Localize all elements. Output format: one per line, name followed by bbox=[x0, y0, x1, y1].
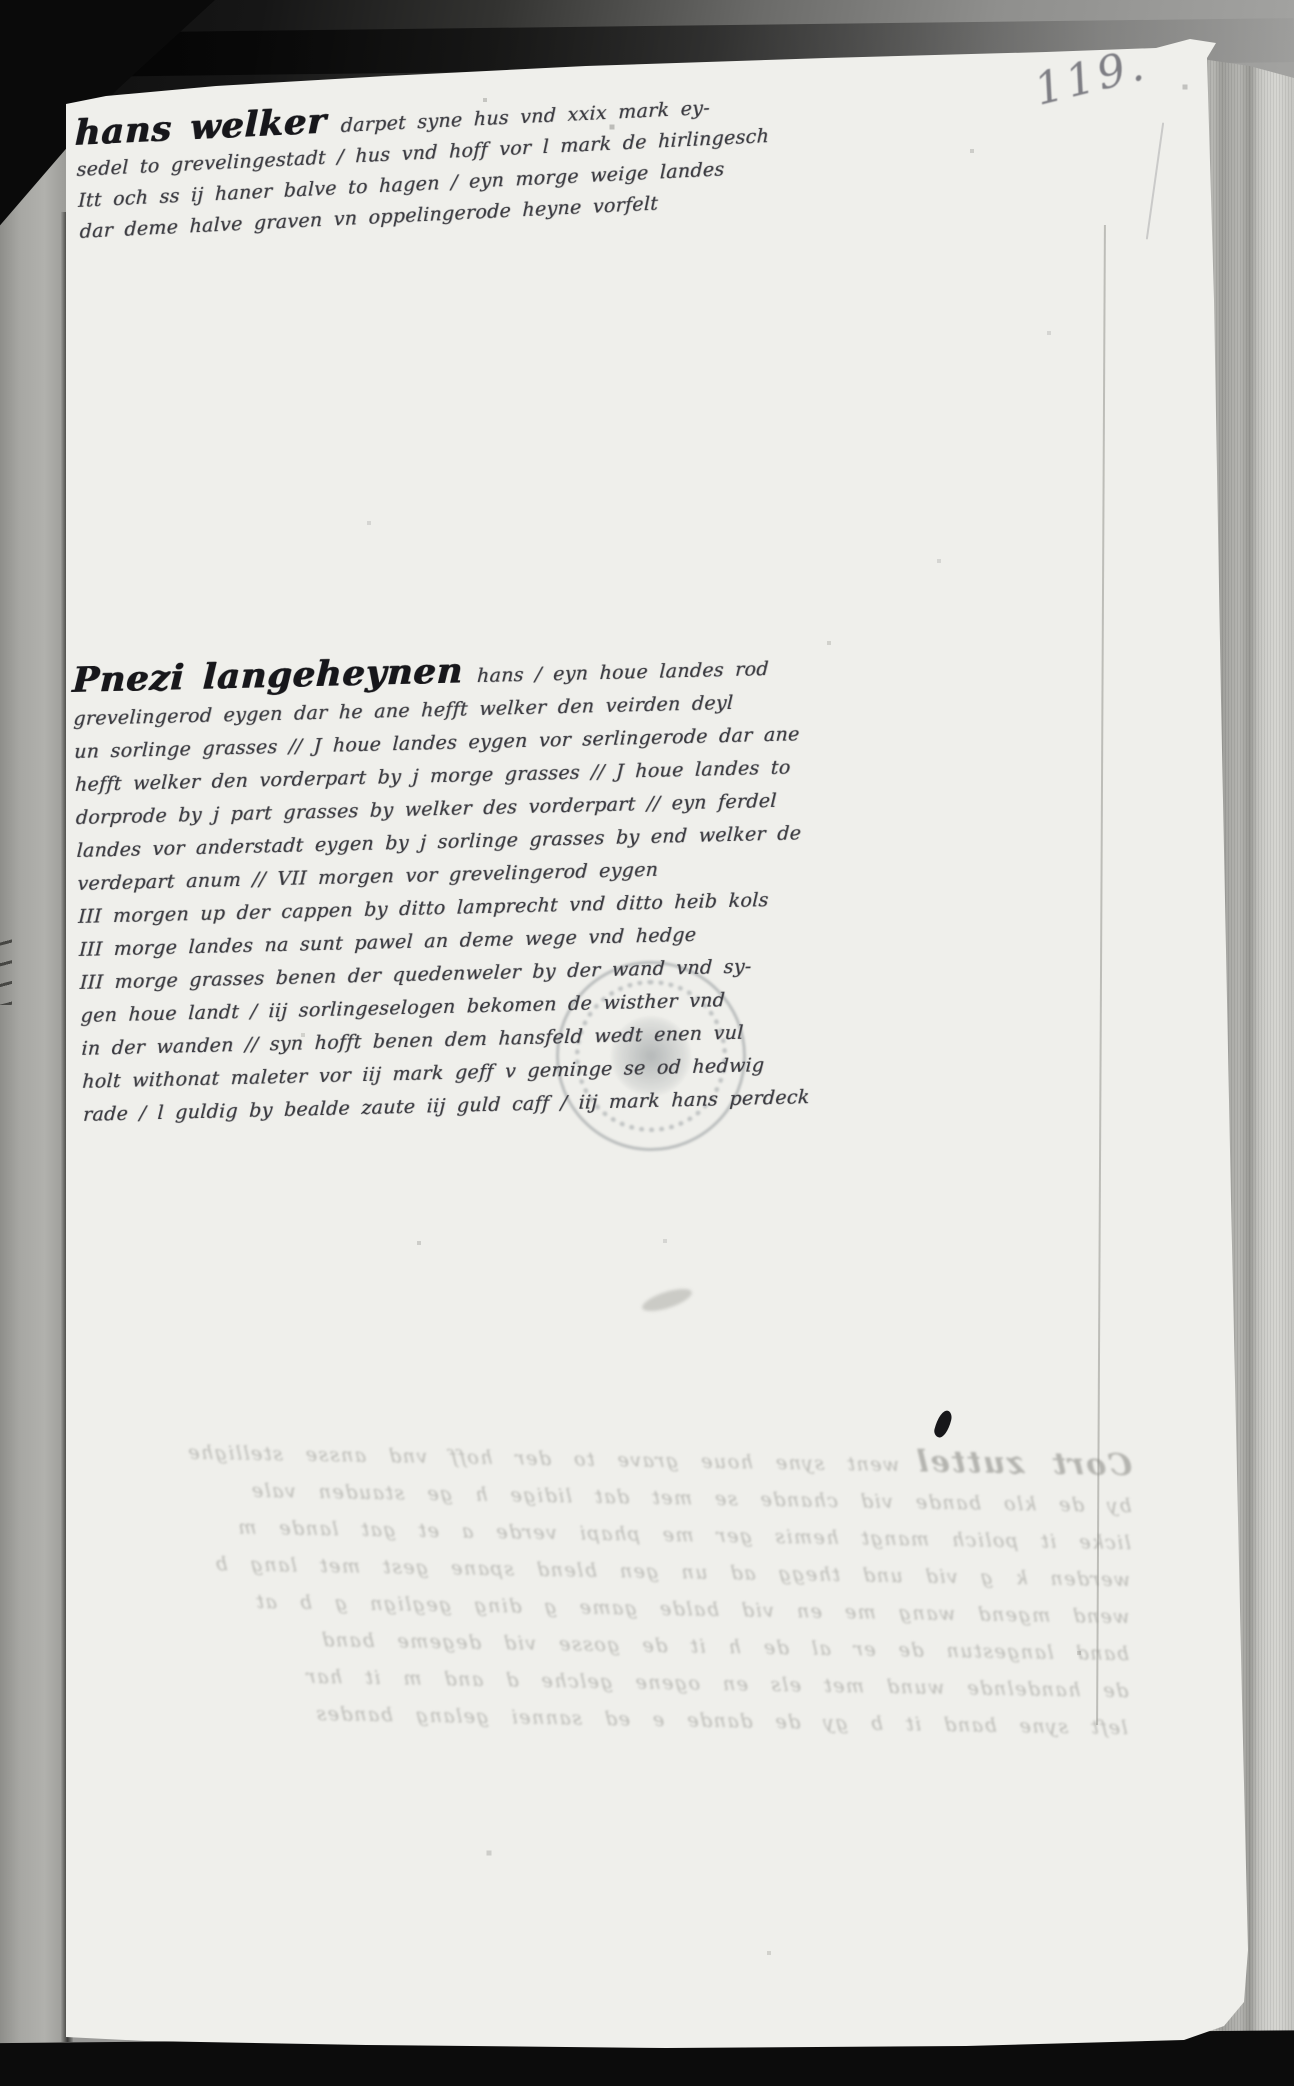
entry-pnezi-langeheynen: Pnezi langeheynenhans / eyn houe landes … bbox=[72, 646, 810, 1132]
ink-blot bbox=[933, 1409, 953, 1440]
manuscript-photo: 119. hans welkerdarpet syne hus vnd xxix… bbox=[0, 0, 1294, 2086]
entry-hans-welker: hans welkerdarpet syne hus vnd xxix mark… bbox=[74, 84, 773, 248]
pencil-stray-stroke bbox=[1146, 122, 1164, 239]
entry-text: hans / eyn houe landes rod bbox=[477, 658, 770, 687]
manuscript-page: 119. hans welkerdarpet syne hus vnd xxix… bbox=[66, 0, 1250, 2086]
entry-heading: Pnezi langeheynen bbox=[72, 650, 479, 701]
bleed-heading: Cort zuttel bbox=[898, 1444, 1133, 1483]
bleedthrough-text: Cort zuttelwent syne houe grave to der h… bbox=[79, 1429, 1132, 1747]
gutter-page-strip bbox=[0, 92, 66, 2046]
margin-ink-mark bbox=[0, 925, 12, 1005]
bleed-text: went syne houe grave to der hoff vnd ans… bbox=[186, 1442, 900, 1476]
smudge-mark bbox=[640, 1284, 694, 1315]
